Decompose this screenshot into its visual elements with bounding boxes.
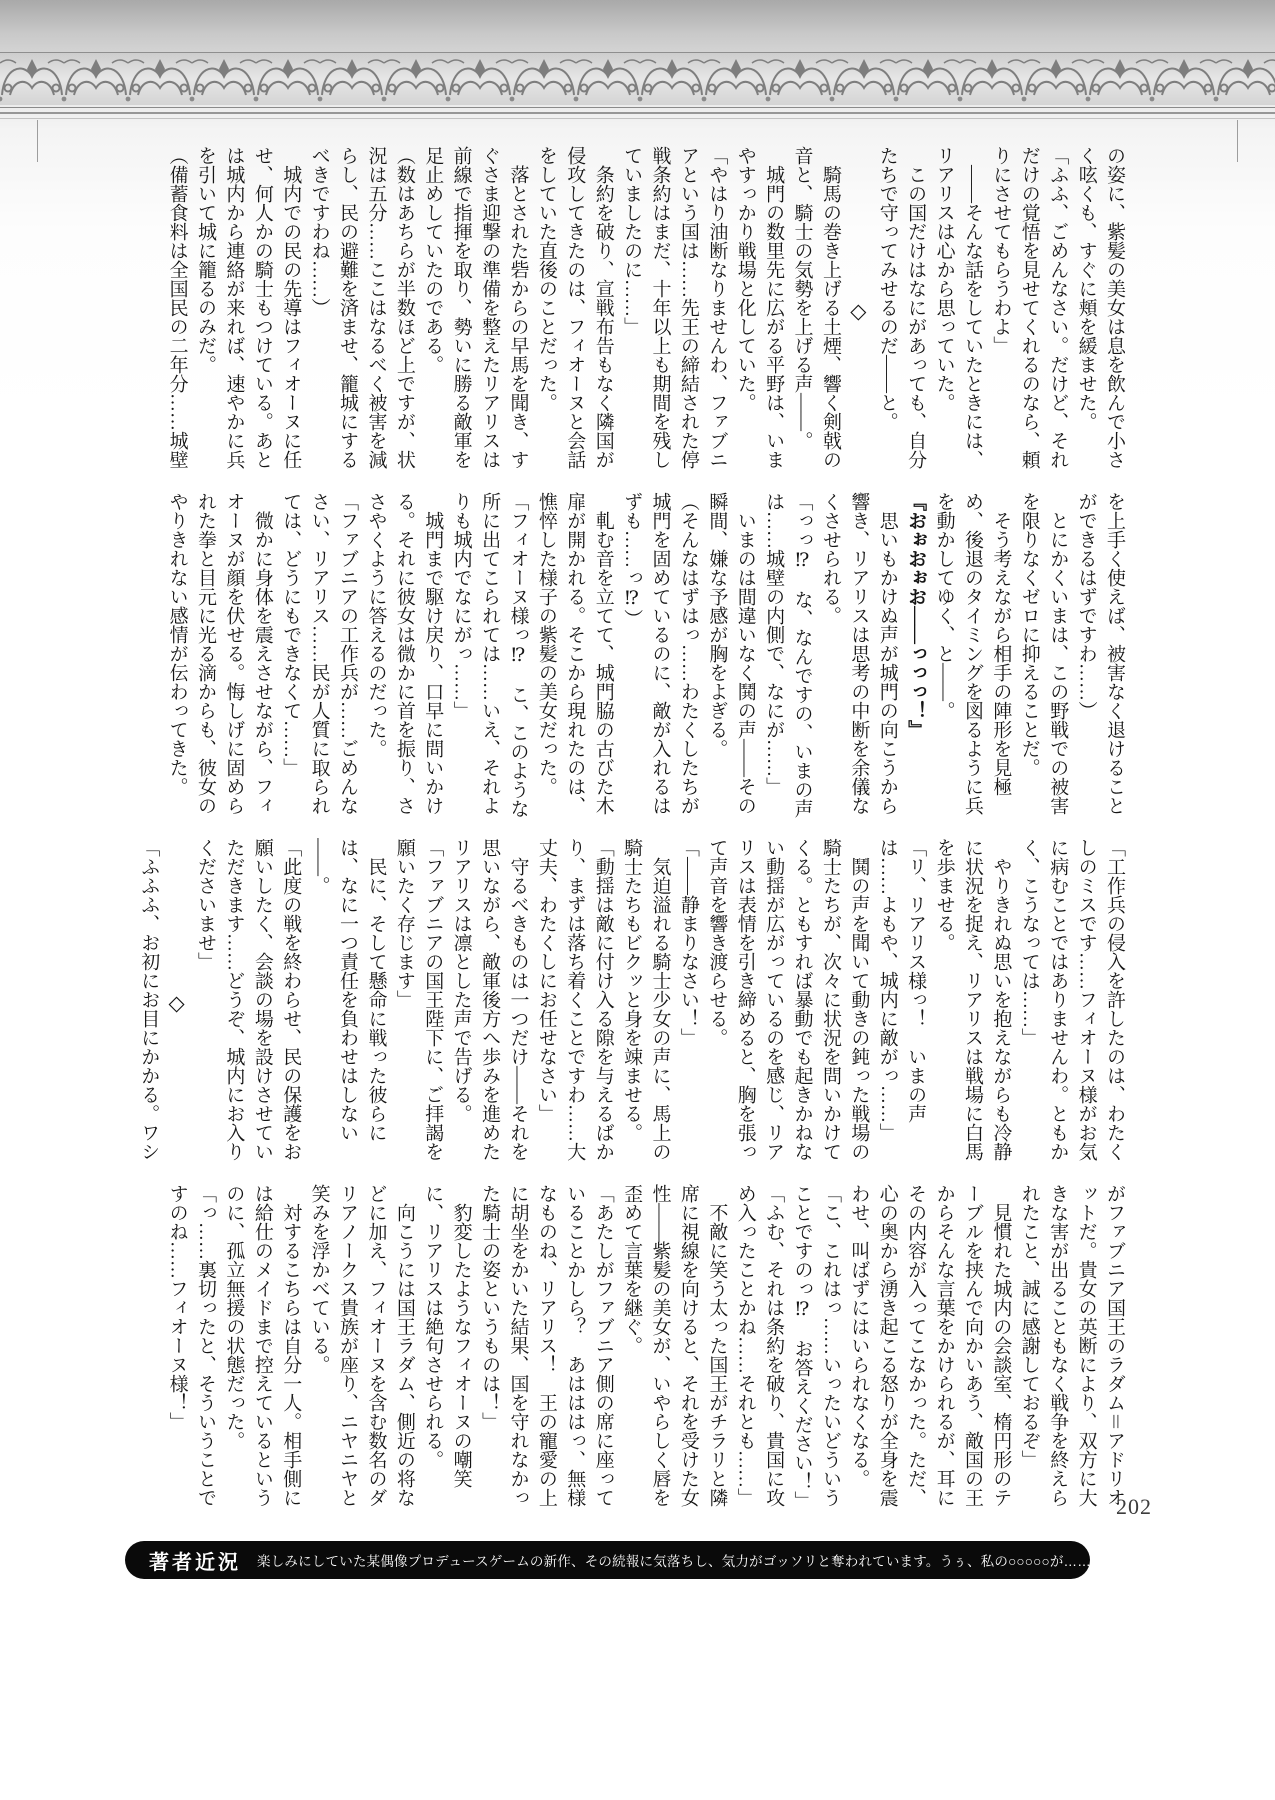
paragraph: やりきれぬ思いを抱えながらも冷静に状況を捉え、リアリスは戦場に白馬を歩ませる。	[929, 838, 1014, 1168]
paragraph: 守るべきものは一つだけ――それを思いながら、敵軍後方へ歩みを進めたリアリスは凛と…	[446, 838, 531, 1168]
paragraph: （数はあちらが半数ほど上ですが、状況は五分……ここはなるべく被害を減らし、民の避…	[304, 146, 418, 476]
text-band-2: を上手く使えば、被害なく退けることができるはずですわ……）とにかくいまは、この野…	[120, 492, 1128, 822]
novel-page: の姿に、紫髪の美女は息を飲んで小さく呟くも、すぐに頬を緩ませた。「ふふ、ごめんな…	[0, 0, 1275, 1800]
paragraph: （そんなはずはっ……わたくしたちが城門を固めているのに、敵が入れるはずも……っ⁉…	[617, 492, 702, 822]
paragraph: 気迫溢れる騎士少女の声に、馬上の騎士たちもビクッと身を竦ませる。	[617, 838, 674, 1168]
paragraph: 「ファブニアの工作兵が……ごめんなさい、リアリス……民が人質に取られては、どうに…	[276, 492, 361, 822]
paragraph: 「――静まりなさい！」	[674, 838, 702, 1168]
paragraph: 「あたしがファブニア側の席に座っていることかしら？ あはははっ、無様なものね、リ…	[475, 1184, 617, 1514]
text-band-4: がファブニア国王のラダム＝アドリオットだ。貴女の英断により、双方に大きな害が出る…	[120, 1184, 1128, 1514]
paragraph: 不敵に笑う太った国王がチラリと隣席に視線を向けると、それを受けた女性――紫髪の美…	[617, 1184, 731, 1514]
paragraph: そう考えながら相手の陣形を見極め、後退のタイミングを図るように兵を動かしてゆく、…	[929, 492, 1014, 822]
paragraph: 鬨の声を聞いて動きの鈍った戦場の騎士たちが、次々に状況を問いかけてくる。ともすれ…	[702, 838, 872, 1168]
paragraph: 「フィオーヌ様っ⁉ こ、このような所に出てこられては……いえ、それよりも城内でな…	[446, 492, 531, 822]
paragraph: 対するこちらは自分一人。相手側には給仕のメイドまで控えているというのに、孤立無援…	[219, 1184, 304, 1514]
paragraph: 「ふふふ、お初にお目にかかる。ワシ	[134, 838, 162, 1168]
paragraph: この国だけはなにがあっても、自分たちで守ってみせるのだ――と。	[872, 146, 929, 476]
paragraph: 豹変したようなフィオーヌの嘲笑に、リアリスは絶句させられる。	[418, 1184, 475, 1514]
section-divider: ◇	[162, 838, 190, 1168]
section-divider: ◇	[844, 146, 872, 476]
paragraph: 城内での民の先導はフィオーヌに任せ、何人かの騎士もつけている。あとは城内から連絡…	[191, 146, 305, 476]
author-status-bar: 著者近況 楽しみにしていた某偶像プロデュースゲームの新作、その続報に気落ちし、気…	[125, 1541, 1090, 1579]
top-rule-thick	[0, 112, 1275, 114]
paragraph: 城門まで駆け戻り、口早に問いかける。それに彼女は微かに首を振り、ささやくように答…	[361, 492, 446, 822]
paragraph: 「っ……裏切ったと、そういうことですのね……フィオーヌ様！」	[162, 1184, 219, 1514]
paragraph: とにかくいまは、この野戦での被害を限りなくゼロに抑えることだ。	[1014, 492, 1071, 822]
paragraph: 騎馬の巻き上げる土煙、響く剣戟の音と、騎士の気勢を上げる声――。	[787, 146, 844, 476]
top-rule-thin	[0, 118, 1275, 119]
paragraph: 「動揺は敵に付け入る隙を与えるばかり、まずは落ち着くことですわ……大丈夫、わたく…	[531, 838, 616, 1168]
paragraph: 「ファブニアの国王陛下に、ご拝謁を願いたく存じます」	[389, 838, 446, 1168]
paragraph: 落とされた砦からの早馬を聞き、すぐさま迎撃の準備を整えたリアリスは前線で指揮を取…	[418, 146, 532, 476]
ornament-border	[0, 52, 1275, 108]
paragraph: 『おぉおぉお――っっっ！』	[901, 492, 929, 822]
paragraph: 「っっ⁉ な、なんですの、いまの声は……城壁の内側で、なにが……」	[759, 492, 816, 822]
paragraph: 「やはり油断なりませんわ、ファブニアという国は……先王の締結された停戦条約はまだ…	[617, 146, 731, 476]
right-edge-tick	[1237, 120, 1238, 162]
author-status-text: 楽しみにしていた某偶像プロデュースゲームの新作、その続報に気落ちし、気力がゴッソ…	[257, 1550, 1090, 1570]
paragraph: 見慣れた城内の会談室、楕円形のテーブルを挟んで向かいあう、敵国の王からそんな言葉…	[844, 1184, 1014, 1514]
paragraph: 「ふむ、それは条約を破り、貴国に攻め入ったことかね……それとも……」	[730, 1184, 787, 1514]
paragraph: 「こ、これはっ……いったいどういうことですのっ⁉ お答えください！」	[787, 1184, 844, 1514]
paragraph: 向こうには国王ラダム、側近の将などに加え、フィオーヌを含む数名のダリアノークス貴…	[304, 1184, 418, 1514]
paragraph: 「工作兵の侵入を許したのは、わたくしのミスです……フィオーヌ様がお気に病むことで…	[1014, 838, 1128, 1168]
paragraph: 「此度の戦を終わらせ、民の保護をお願いしたく、会談の場を設けさせていただきます……	[191, 838, 305, 1168]
paragraph: 「リ、リアリス様っ！ いまの声は……よもや、城内に敵がっ……」	[872, 838, 929, 1168]
text-band-3: 「工作兵の侵入を許したのは、わたくしのミスです……フィオーヌ様がお気に病むことで…	[120, 838, 1128, 1168]
page-number: 202	[1116, 1494, 1152, 1520]
arabesque-pattern-svg	[0, 53, 1275, 105]
paragraph: ――そんな話をしていたときには、リアリスは心から思っていた。	[929, 146, 986, 476]
text-band-1: の姿に、紫髪の美女は息を飲んで小さく呟くも、すぐに頬を緩ませた。「ふふ、ごめんな…	[120, 146, 1128, 476]
left-edge-tick	[37, 120, 38, 162]
paragraph: を上手く使えば、被害なく退けることができるはずですわ……）	[1071, 492, 1128, 822]
author-status-label: 著者近況	[149, 1546, 241, 1575]
paragraph: がファブニア国王のラダム＝アドリオットだ。貴女の英断により、双方に大きな害が出る…	[1014, 1184, 1128, 1514]
paragraph: 条約を破り、宣戦布告もなく隣国が侵攻してきたのは、フィオーヌと会話をしていた直後…	[531, 146, 616, 476]
paragraph: 微かに身体を震えさせながら、フィオーヌが顔を伏せる。悔しげに固められた拳と目元に…	[162, 492, 276, 822]
paragraph: の姿に、紫髪の美女は息を飲んで小さく呟くも、すぐに頬を緩ませた。	[1071, 146, 1128, 476]
paragraph: 城門の数里先に広がる平野は、いまやすっかり戦場と化していた。	[730, 146, 787, 476]
paragraph: 思いもかけぬ声が城門の向こうから響き、リアリスは思考の中断を余儀なくさせられる。	[816, 492, 901, 822]
paragraph: （備蓄食料は全国民の二年分……城壁	[162, 146, 190, 476]
paragraph: 「ふふ、ごめんなさい。だけど、それだけの覚悟を見せてくれるのなら、頼りにさせても…	[986, 146, 1071, 476]
paragraph: いまのは間違いなく鬨の声――その瞬間、嫌な予感が胸をよぎる。	[702, 492, 759, 822]
paragraph: 民に、そして懸命に戦った彼らには、なに一つ責任を負わせはしない――。	[304, 838, 389, 1168]
paragraph: 軋む音を立てて、城門脇の古びた木扉が開かれる。そこから現れたのは、憔悴した様子の…	[531, 492, 616, 822]
